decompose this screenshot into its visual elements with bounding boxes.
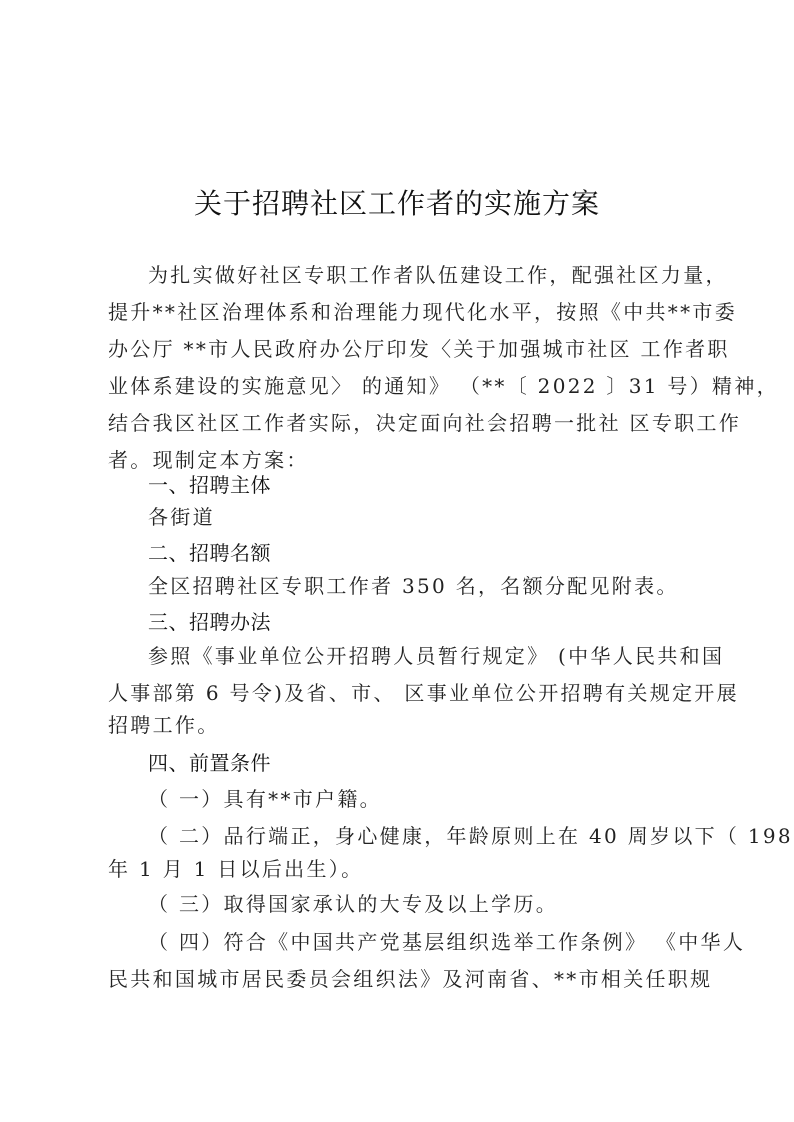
section-4-line-2: （ 二）品行端正，身心健康，年龄原则上在 40 周岁以下（ 1982 [148, 823, 728, 849]
section-heading-4: 四、前置条件 [148, 750, 271, 776]
section-heading-1: 一、招聘主体 [148, 472, 271, 498]
intro-line-1: 为扎实做好社区专职工作者队伍建设工作，配强社区力量， [148, 262, 728, 288]
section-1-line-1: 各街道 [148, 504, 728, 530]
section-heading-3: 三、招聘办法 [148, 609, 271, 635]
intro-line-2: 提升**社区治理体系和治理能力现代化水平，按照《中共**市委 [108, 299, 688, 325]
section-2-line-1: 全区招聘社区专职工作者 350 名，名额分配见附表。 [148, 573, 728, 599]
document-page: 关于招聘社区工作者的实施方案 为扎实做好社区专职工作者队伍建设工作，配强社区力量… [0, 0, 794, 1122]
section-3-line-3: 招聘工作。 [108, 712, 688, 738]
section-4-line-3: 年 1 月 1 日以后出生）。 [108, 856, 688, 882]
document-title: 关于招聘社区工作者的实施方案 [0, 184, 794, 224]
intro-line-3: 办公厅 **市人民政府办公厅印发〈关于加强城市社区 工作者职 [108, 336, 688, 362]
section-heading-2: 二、招聘名额 [148, 540, 271, 566]
section-4-line-5: （ 四）符合《中国共产党基层组织选举工作条例》 《中华人 [148, 929, 728, 955]
section-4-line-6: 民共和国城市居民委员会组织法》及河南省、**市相关任职规 [108, 966, 688, 992]
intro-line-4: 业体系建设的实施意见〉 的通知》 （**〔 2022 〕31 号）精神， [108, 373, 688, 399]
intro-line-6: 者。现制定本方案： [108, 447, 688, 473]
section-4-line-4: （ 三）取得国家承认的大专及以上学历。 [148, 891, 728, 917]
section-4-line-1: （ 一）具有**市户籍。 [148, 786, 728, 812]
intro-line-5: 结合我区社区工作者实际，决定面向社会招聘一批社 区专职工作 [108, 410, 688, 436]
section-3-line-1: 参照《事业单位公开招聘人员暂行规定》 (中华人民共和国 [148, 643, 728, 669]
section-3-line-2: 人事部第 6 号令)及省、市、 区事业单位公开招聘有关规定开展 [108, 680, 688, 706]
